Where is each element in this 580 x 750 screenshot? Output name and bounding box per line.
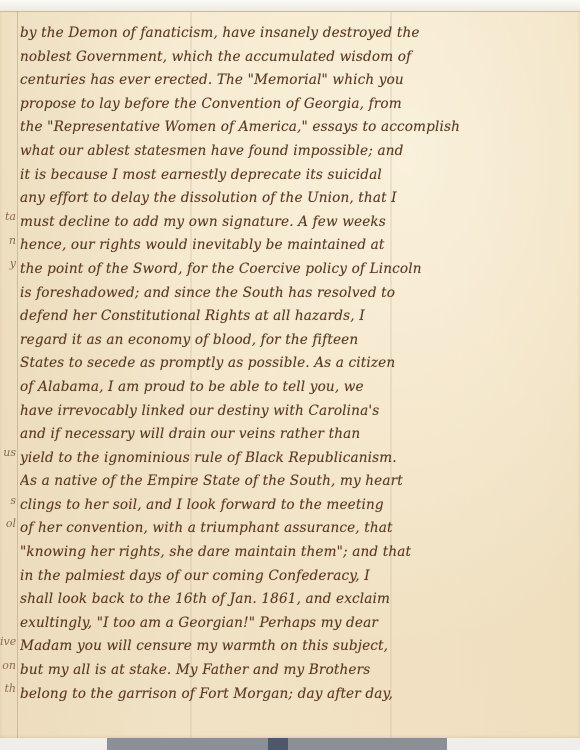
letter-line: the "Representative Women of America," e… (20, 116, 578, 140)
margin-fragment: y (0, 257, 16, 270)
letter-line: States to secede as promptly as possible… (20, 352, 578, 376)
letter-line: shall look back to the 16th of Jan. 1861… (20, 588, 578, 612)
scanner-tab (268, 738, 288, 750)
margin-fragment: th (0, 682, 16, 695)
letter-line: of Alabama, I am proud to be able to tel… (20, 376, 578, 400)
letter-line: it is because I most earnestly deprecate… (20, 164, 578, 188)
letter-line: noblest Government, which the accumulate… (20, 46, 578, 70)
letter-line: by the Demon of fanaticism, have insanel… (20, 22, 578, 46)
letter-line: have irrevocably linked our destiny with… (20, 400, 578, 424)
letter-line: is foreshadowed; and since the South has… (20, 282, 578, 306)
scan-top-edge (0, 0, 580, 11)
letter-line: the point of the Sword, for the Coercive… (20, 258, 578, 282)
margin-fragment: ta (0, 210, 16, 223)
margin-fragment: s (0, 494, 16, 507)
margin-fragment: n (0, 234, 16, 247)
margin-edge (17, 11, 18, 738)
letter-line: must decline to add my own signature. A … (20, 211, 578, 235)
margin-fragment: us (0, 446, 16, 459)
letter-line: defend her Constitutional Rights at all … (20, 305, 578, 329)
letter-line: any effort to delay the dissolution of t… (20, 187, 578, 211)
margin-fragment: ol (0, 517, 16, 530)
letter-line: Madam you will censure my warmth on this… (20, 635, 578, 659)
letter-line: in the palmiest days of our coming Confe… (20, 565, 578, 589)
letter-line: centuries has ever erected. The "Memoria… (20, 69, 578, 93)
letter-line: exultingly, "I too am a Georgian!" Perha… (20, 612, 578, 636)
margin-fragment: ive (0, 635, 16, 648)
letter-line: propose to lay before the Convention of … (20, 93, 578, 117)
letter-line: what our ablest statesmen have found imp… (20, 140, 578, 164)
scanner-bed-edge (0, 738, 580, 750)
letter-line: but my all is at stake. My Father and my… (20, 659, 578, 683)
letter-line: belong to the garrison of Fort Morgan; d… (20, 683, 578, 707)
margin-fragment: on (0, 659, 16, 672)
letter-line: clings to her soil, and I look forward t… (20, 494, 578, 518)
letter-line: of her convention, with a triumphant ass… (20, 517, 578, 541)
letter-line: and if necessary will drain our veins ra… (20, 423, 578, 447)
letter-line: "knowing her rights, she dare maintain t… (20, 541, 578, 565)
letter-body: by the Demon of fanaticism, have insanel… (20, 22, 578, 706)
letter-line: regard it as an economy of blood, for th… (20, 329, 578, 353)
letter-line: yield to the ignominious rule of Black R… (20, 447, 578, 471)
letter-line: As a native of the Empire State of the S… (20, 470, 578, 494)
letter-line: hence, our rights would inevitably be ma… (20, 234, 578, 258)
